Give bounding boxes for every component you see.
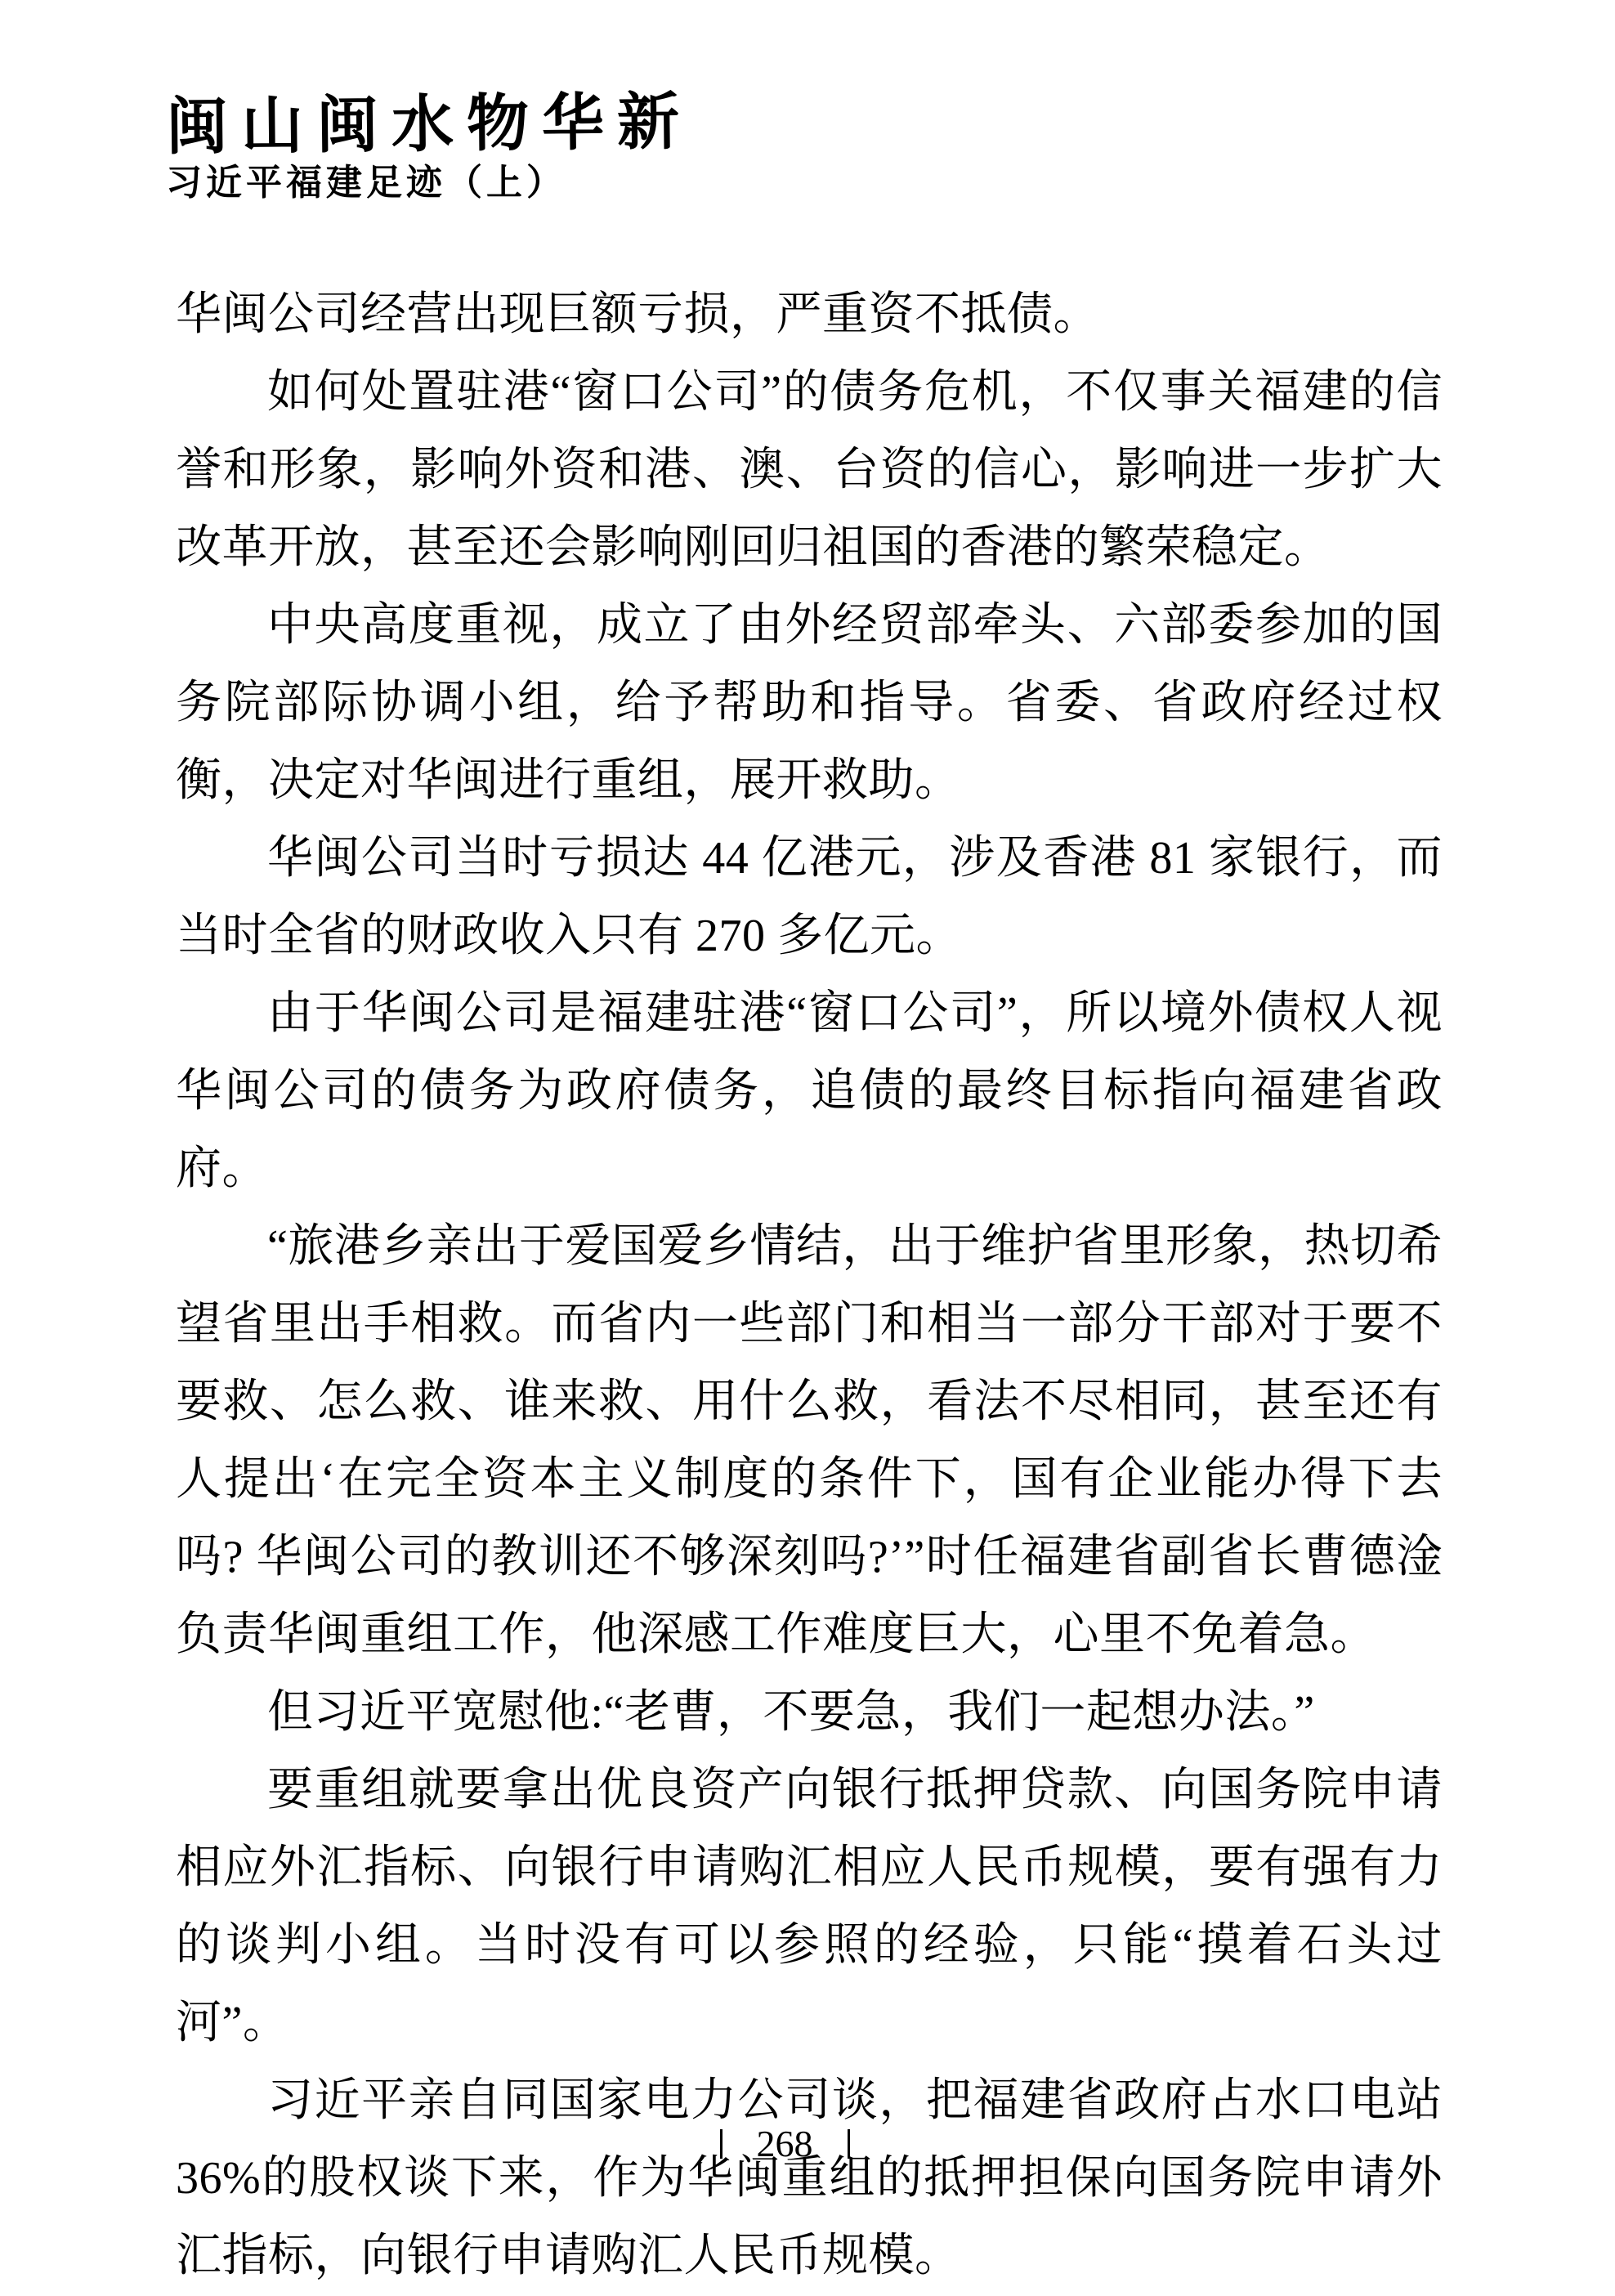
paragraph: 要重组就要拿出优良资产向银行抵押贷款、向国务院申请相应外汇指标、向银行申请购汇相…: [176, 1752, 1443, 2062]
book-subtitle: 习近平福建足迹（上）: [166, 163, 692, 203]
paragraph: “旅港乡亲出于爱国爱乡情结，出于维护省里形象，热切希望省里出手相救。而省内一些部…: [176, 1208, 1443, 1674]
paragraph: 习近平亲自同国家电力公司谈，把福建省政府占水口电站 36%的股权谈下来，作为华闽…: [176, 2062, 1443, 2295]
footer-right-rule: [848, 2129, 850, 2159]
paragraph: 华闽公司经营出现巨额亏损，严重资不抵债。: [176, 276, 1443, 354]
book-page: 闽山闽水物华新 习近平福建足迹（上） 华闽公司经营出现巨额亏损，严重资不抵债。 …: [0, 0, 1615, 2296]
paragraph: 但习近平宽慰他:“老曹，不要急，我们一起想办法。”: [176, 1674, 1443, 1752]
book-title-calligraphy: 闽山闽水物华新: [166, 89, 693, 163]
paragraph: 由于华闽公司是福建驻港“窗口公司”，所以境外债权人视华闽公司的债务为政府债务，追…: [176, 975, 1443, 1208]
paragraph: 华闽公司当时亏损达 44 亿港元，涉及香港 81 家银行，而当时全省的财政收入只…: [176, 820, 1443, 975]
body-text: 华闽公司经营出现巨额亏损，严重资不抵债。 如何处置驻港“窗口公司”的债务危机，不…: [176, 276, 1443, 2295]
page-footer: 268: [0, 2125, 1569, 2163]
paragraph: 如何处置驻港“窗口公司”的债务危机，不仅事关福建的信誉和形象，影响外资和港、澳、…: [176, 354, 1443, 587]
footer-left-rule: [720, 2129, 722, 2159]
page-number: 268: [757, 2125, 813, 2163]
page-header: 闽山闽水物华新 习近平福建足迹（上）: [166, 92, 692, 203]
paragraph: 中央高度重视，成立了由外经贸部牵头、六部委参加的国务院部际协调小组，给予帮助和指…: [176, 587, 1443, 820]
